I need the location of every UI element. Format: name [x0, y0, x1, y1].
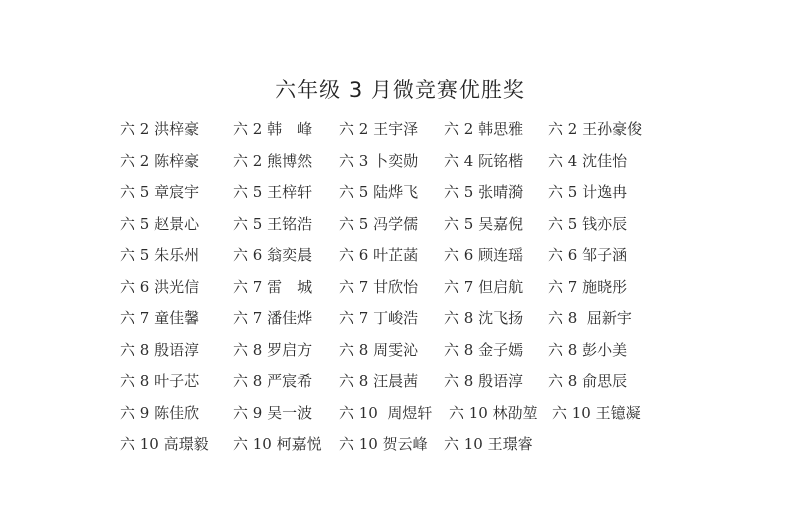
student-entry: 六 7 雷 城	[233, 274, 312, 300]
student-entry: 六 2 熊博然	[233, 148, 312, 174]
student-entry: 六 8 殷语淳	[120, 337, 199, 363]
student-entry: 六 5 冯学儒	[339, 211, 418, 237]
student-entry: 六 10 柯嘉悦	[233, 431, 322, 457]
name-row: 六 2 洪梓豪六 2 韩 峰六 2 王宇泽六 2 韩思雅六 2 王孙豪俊	[0, 116, 800, 148]
student-entry: 六 8 沈飞扬	[444, 305, 523, 331]
student-entry: 六 2 王宇泽	[339, 116, 418, 142]
name-row: 六 2 陈梓豪六 2 熊博然六 3 卜奕勋六 4 阮铭楷六 4 沈佳怡	[0, 148, 800, 180]
student-entry: 六 5 钱亦辰	[548, 211, 627, 237]
student-entry: 六 5 王铭浩	[233, 211, 312, 237]
student-entry: 六 5 章宸宇	[120, 179, 199, 205]
student-entry: 六 5 朱乐州	[120, 242, 199, 268]
student-entry: 六 7 但启航	[444, 274, 523, 300]
student-entry: 六 2 陈梓豪	[120, 148, 199, 174]
student-entry: 六 7 施晓彤	[548, 274, 627, 300]
student-entry: 六 7 甘欣怡	[339, 274, 418, 300]
student-entry: 六 8 彭小美	[548, 337, 627, 363]
student-entry: 六 6 翁奕晨	[233, 242, 312, 268]
student-entry: 六 8 罗启方	[233, 337, 312, 363]
name-row: 六 9 陈佳欣六 9 吴一波六 10 周煜轩六 10 林劭堃六 10 王镱凝	[0, 400, 800, 432]
document-title: 六年级 3 月微竞赛优胜奖	[0, 74, 800, 104]
student-entry: 六 8 周雯沁	[339, 337, 418, 363]
student-entry: 六 10 周煜轩	[339, 400, 432, 426]
student-entry: 六 6 顾连瑶	[444, 242, 523, 268]
student-entry: 六 3 卜奕勋	[339, 148, 418, 174]
student-entry: 六 10 林劭堃	[449, 400, 538, 426]
student-entry: 六 7 丁峻浩	[339, 305, 418, 331]
student-entry: 六 5 计逸冉	[548, 179, 627, 205]
student-entry: 六 9 吴一波	[233, 400, 312, 426]
student-entry: 六 5 吴嘉倪	[444, 211, 523, 237]
student-entry: 六 2 洪梓豪	[120, 116, 199, 142]
name-row: 六 5 赵景心六 5 王铭浩六 5 冯学儒六 5 吴嘉倪六 5 钱亦辰	[0, 211, 800, 243]
student-entry: 六 10 王璟睿	[444, 431, 533, 457]
student-entry: 六 5 陆烨飞	[339, 179, 418, 205]
name-row: 六 8 殷语淳六 8 罗启方六 8 周雯沁六 8 金子嫣六 8 彭小美	[0, 337, 800, 369]
student-entry: 六 8 屈新宇	[548, 305, 632, 331]
award-list: 六 2 洪梓豪六 2 韩 峰六 2 王宇泽六 2 韩思雅六 2 王孙豪俊六 2 …	[0, 116, 800, 463]
student-entry: 六 8 俞思辰	[548, 368, 627, 394]
name-row: 六 10 高璟毅六 10 柯嘉悦六 10 贺云峰六 10 王璟睿	[0, 431, 800, 463]
student-entry: 六 8 严宸希	[233, 368, 312, 394]
name-row: 六 5 朱乐州六 6 翁奕晨六 6 叶芷菡六 6 顾连瑶六 6 邹子涵	[0, 242, 800, 274]
student-entry: 六 6 洪光信	[120, 274, 199, 300]
name-row: 六 5 章宸宇六 5 王梓轩六 5 陆烨飞六 5 张晴漪六 5 计逸冉	[0, 179, 800, 211]
student-entry: 六 9 陈佳欣	[120, 400, 199, 426]
student-entry: 六 5 王梓轩	[233, 179, 312, 205]
student-entry: 六 5 赵景心	[120, 211, 199, 237]
student-entry: 六 5 张晴漪	[444, 179, 523, 205]
student-entry: 六 2 韩 峰	[233, 116, 312, 142]
student-entry: 六 8 金子嫣	[444, 337, 523, 363]
student-entry: 六 10 王镱凝	[552, 400, 641, 426]
student-entry: 六 8 叶子芯	[120, 368, 199, 394]
name-row: 六 6 洪光信六 7 雷 城六 7 甘欣怡六 7 但启航六 7 施晓彤	[0, 274, 800, 306]
student-entry: 六 6 邹子涵	[548, 242, 627, 268]
student-entry: 六 4 阮铭楷	[444, 148, 523, 174]
student-entry: 六 2 王孙豪俊	[548, 116, 642, 142]
student-entry: 六 7 童佳馨	[120, 305, 199, 331]
student-entry: 六 7 潘佳烨	[233, 305, 312, 331]
student-entry: 六 4 沈佳怡	[548, 148, 627, 174]
student-entry: 六 2 韩思雅	[444, 116, 523, 142]
student-entry: 六 10 高璟毅	[120, 431, 209, 457]
student-entry: 六 8 殷语淳	[444, 368, 523, 394]
student-entry: 六 8 汪晨茜	[339, 368, 418, 394]
student-entry: 六 10 贺云峰	[339, 431, 428, 457]
student-entry: 六 6 叶芷菡	[339, 242, 418, 268]
name-row: 六 8 叶子芯六 8 严宸希六 8 汪晨茜六 8 殷语淳六 8 俞思辰	[0, 368, 800, 400]
name-row: 六 7 童佳馨六 7 潘佳烨六 7 丁峻浩六 8 沈飞扬六 8 屈新宇	[0, 305, 800, 337]
